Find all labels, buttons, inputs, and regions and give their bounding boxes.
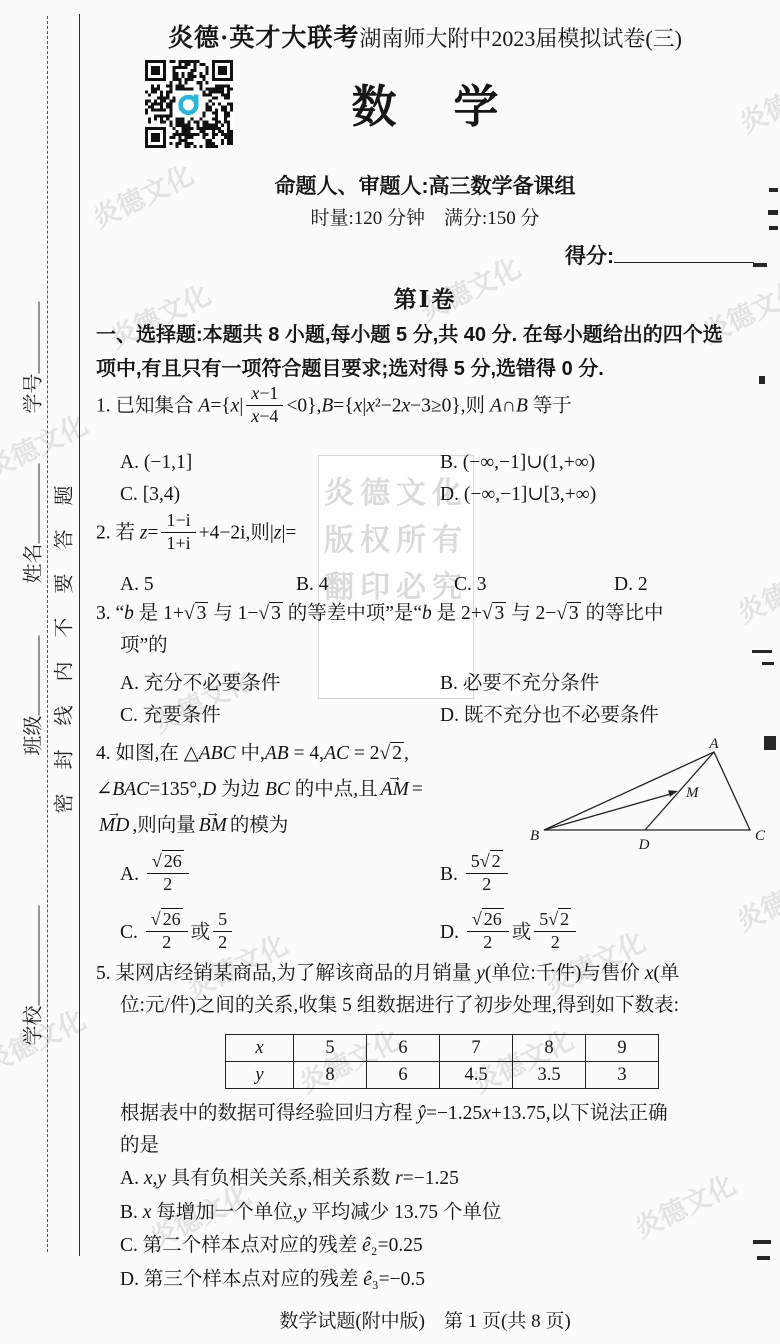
option-b: B. 必要不充分条件 (440, 668, 764, 700)
question-5-regression-line1: 根据表中的数据可得经验回归方程 ŷ=−1.25x+13.75,以下说法正确 (120, 1098, 668, 1130)
scan-artifact (768, 210, 778, 215)
field-label: 姓名 (23, 544, 45, 584)
question-2-options: A. 5 B. 4 C. 3 D. 2 (120, 570, 764, 600)
scan-artifact (762, 662, 774, 665)
question-3-options: A. 充分不必要条件 B. 必要不充分条件 C. 充要条件 D. 既不充分也不必… (120, 668, 764, 732)
scan-artifact (769, 188, 778, 192)
option-a: A. x,y 具有负相关关系,相关系数 r=−1.25 (120, 1162, 501, 1196)
duration-line: 时量:120 分钟 满分:150 分 (85, 203, 765, 230)
question-5-regression-line2: 的是 (120, 1130, 159, 1162)
scan-artifact (753, 263, 767, 267)
question-5-options: A. x,y 具有负相关关系,相关系数 r=−1.25 B. x 每增加一个单位… (120, 1162, 501, 1296)
scan-artifact (752, 650, 772, 653)
page-footer: 数学试题(附中版) 第 1 页(共 8 页) (85, 1306, 765, 1333)
option-d: D. √262或5√22 (440, 906, 764, 960)
data-table: x56789y864.53.53 (225, 1034, 659, 1089)
field-label: 学号 (23, 374, 45, 414)
subject-char: 学 (454, 81, 499, 132)
option-c: C. 3 (454, 570, 614, 600)
question-2-stem: 2. 若 z=1−i1+i+4−2i,则|z|= (96, 512, 764, 556)
option-b: B. (−∞,−1]∪(1,+∞) (440, 447, 764, 479)
score-row: 得分: (565, 240, 754, 270)
scan-artifact (753, 1240, 771, 1244)
seal-solid-line (79, 14, 80, 1256)
exam-header-line: 炎德·英才大联考湖南师大附中2023届模拟试卷(三) (85, 18, 765, 54)
field-blank (23, 906, 40, 1006)
option-a: A. √262 (120, 848, 440, 902)
option-a: A. (−1,1] (120, 447, 440, 479)
question-1-options: A. (−1,1] B. (−∞,−1]∪(1,+∞) C. [3,4) D. … (120, 447, 764, 511)
scan-artifact (769, 226, 778, 230)
vertex-label-b: B (530, 828, 539, 844)
exam-title-rest: 湖南师大附中2023届模拟试卷(三) (359, 26, 682, 51)
subject-char: 数 (351, 81, 396, 132)
option-c: C. 充要条件 (120, 700, 440, 732)
scan-artifact (764, 736, 776, 750)
question-4-options: A. √262 B. 5√22 C. √262或52 D. √262或5√22 (120, 848, 764, 960)
vertex-label-c: C (755, 828, 766, 844)
option-b: B. 5√22 (440, 848, 764, 902)
option-c: C. √262或52 (120, 906, 440, 960)
scan-artifact (759, 376, 765, 384)
option-b: B. 4 (296, 570, 454, 600)
option-d: D. 既不充分也不必要条件 (440, 700, 764, 732)
question-5-stem-line1: 5. 某网店经销某商品,为了解该商品的月销量 y(单位:千件)与售价 x(单 (96, 958, 764, 990)
question-2: 2. 若 z=1−i1+i+4−2i,则|z|= A. 5 B. 4 C. 3 … (96, 512, 764, 596)
triangle-figure: A B C D M (528, 736, 776, 859)
field-blank (23, 464, 40, 544)
student-field-school: 学校 (17, 894, 46, 1046)
option-d: D. 第三个样本点对应的残差 ê₃=−0.5 (120, 1263, 501, 1297)
exam-paper-page: 炎德文化 炎德文化 炎德文化 炎德文化 炎德文化 炎德文化 炎德文化 炎德文化 … (0, 0, 780, 1344)
field-blank (23, 636, 40, 716)
field-label: 班级 (23, 716, 45, 756)
seal-line-text: 密封线内不要答题 (48, 438, 77, 838)
option-c: C. 第二个样本点对应的残差 ê₂=0.25 (120, 1229, 501, 1263)
field-label: 学校 (23, 1006, 45, 1046)
option-d: D. (−∞,−1]∪[3,+∞) (440, 479, 764, 511)
scan-artifact (757, 1256, 770, 1260)
student-field-name: 姓名 (17, 456, 46, 584)
question-5: 5. 某网店经销某商品,为了解该商品的月销量 y(单位:千件)与售价 x(单 位… (96, 958, 764, 1303)
volume-title: 第Ⅰ卷 (85, 281, 765, 314)
option-b: B. x 每增加一个单位,y 平均减少 13.75 个单位 (120, 1196, 501, 1230)
question-3: 3. “b 是 1+√3 与 1−√3 的等差中项”是“b 是 2+√3 与 2… (96, 598, 764, 736)
exam-brand: 炎德·英才大联考 (168, 25, 359, 52)
field-blank (23, 302, 40, 374)
option-a: A. 充分不必要条件 (120, 668, 440, 700)
watermark-brand: 炎德文化 (0, 998, 91, 1080)
section-intro-line2: 项中,有且只有一项符合题目要求;选对得 5 分,选错得 0 分. (96, 352, 764, 381)
question-3-stem-line2: 项”的 (96, 630, 764, 662)
score-blank (614, 241, 754, 263)
score-label: 得分: (565, 245, 614, 268)
student-field-class: 班级 (17, 628, 46, 756)
section-intro-line1: 一、选择题:本题共 8 小题,每小题 5 分,共 40 分. 在每小题给出的四个… (96, 318, 764, 347)
question-1-stem: 1. 已知集合 A={x|x−1x−4<0},B={x|x²−2x−3≥0},则… (96, 385, 764, 429)
point-label-m: M (685, 785, 700, 801)
vertex-label-a: A (708, 736, 719, 752)
subject-title: 数学 (85, 70, 765, 135)
question-4: 4. 如图,在 △ABC 中,AB = 4,AC = 2√2, ∠BAC=135… (96, 736, 764, 958)
option-a: A. 5 (120, 570, 296, 600)
option-d: D. 2 (614, 570, 764, 600)
question-3-stem-line1: 3. “b 是 1+√3 与 1−√3 的等差中项”是“b 是 2+√3 与 2… (96, 598, 764, 630)
question-5-stem-line2: 位:元/件)之间的关系,收集 5 组数据进行了初步处理,得到如下数表: (96, 990, 764, 1022)
student-field-number: 学号 (17, 294, 46, 414)
setters-line: 命题人、审题人:高三数学备课组 (85, 170, 765, 200)
question-1: 1. 已知集合 A={x|x−1x−4<0},B={x|x²−2x−3≥0},则… (96, 385, 764, 507)
option-c: C. [3,4) (120, 479, 440, 511)
